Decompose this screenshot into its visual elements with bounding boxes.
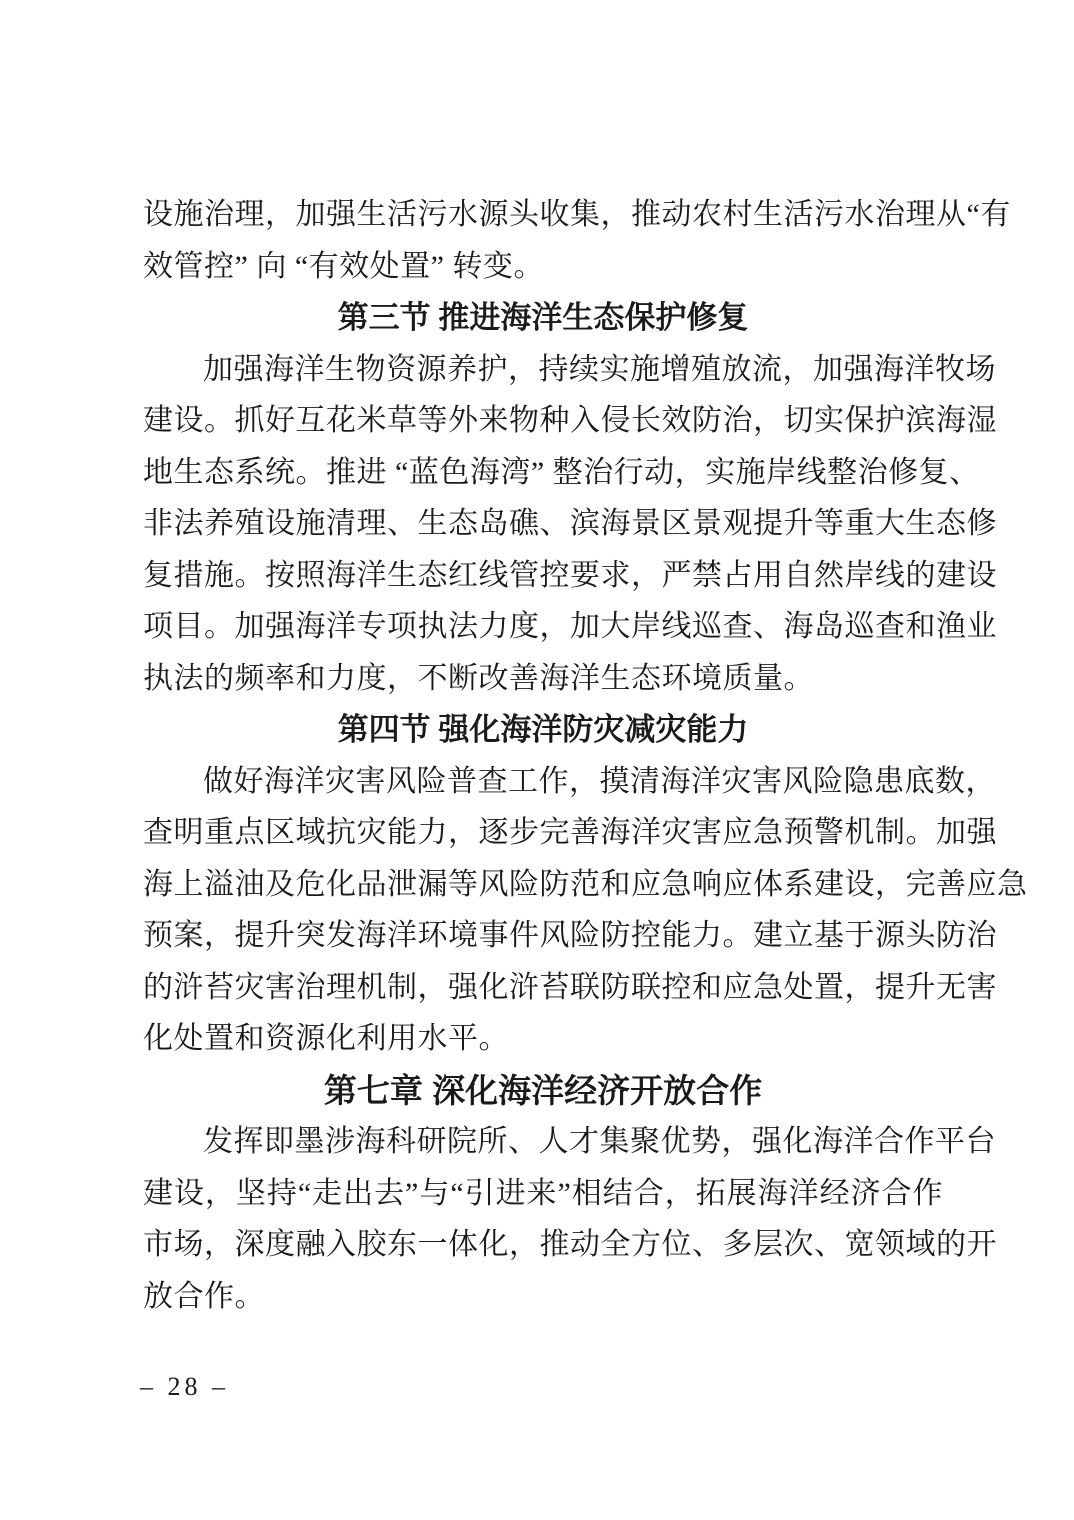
paragraph-line: 非法养殖设施清理、生态岛礁、滨海景区景观提升等重大生态修 <box>143 498 943 550</box>
section-heading: 第四节 强化海洋防灾减灾能力 <box>143 704 943 756</box>
paragraph-line: 效管控” 向 “有效处置” 转变。 <box>143 241 943 293</box>
paragraph-line: 项目。加强海洋专项执法力度，加大岸线巡查、海岛巡查和渔业 <box>143 601 943 653</box>
paragraph-line: 预案，提升突发海洋环境事件风险防控能力。建立基于源头防治 <box>143 910 943 962</box>
chapter-heading: 第七章 深化海洋经济开放合作 <box>143 1065 943 1117</box>
paragraph-line: 执法的频率和力度，不断改善海洋生态环境质量。 <box>143 653 943 705</box>
section-heading: 第三节 推进海洋生态保护修复 <box>143 292 943 344</box>
paragraph-line: 海上溢油及危化品泄漏等风险防范和应急响应体系建设，完善应急 <box>143 859 943 911</box>
paragraph-line: 做好海洋灾害风险普查工作，摸清海洋灾害风险隐患底数， <box>143 756 943 808</box>
paragraph-line: 化处置和资源化利用水平。 <box>143 1013 943 1065</box>
paragraph-line: 的浒苔灾害治理机制，强化浒苔联防联控和应急处置，提升无害 <box>143 962 943 1014</box>
paragraph-line: 查明重点区域抗灾能力，逐步完善海洋灾害应急预警机制。加强 <box>143 807 943 859</box>
paragraph-line: 建设，坚持“走出去”与“引进来”相结合，拓展海洋经济合作 <box>143 1168 943 1220</box>
paragraph-line: 设施治理，加强生活污水源头收集，推动农村生活污水治理从“有 <box>143 189 943 241</box>
paragraph-line: 建设。抓好互花米草等外来物种入侵长效防治，切实保护滨海湿 <box>143 395 943 447</box>
page-number: – 28 – <box>140 1372 229 1402</box>
paragraph-line: 放合作。 <box>143 1271 943 1323</box>
document-body: 设施治理，加强生活污水源头收集，推动农村生活污水治理从“有效管控” 向 “有效处… <box>143 189 943 1322</box>
paragraph-line: 加强海洋生物资源养护，持续实施增殖放流，加强海洋牧场 <box>143 344 943 396</box>
document-page: 设施治理，加强生活污水源头收集，推动农村生活污水治理从“有效管控” 向 “有效处… <box>0 0 1074 1520</box>
paragraph-line: 市场，深度融入胶东一体化，推动全方位、多层次、宽领域的开 <box>143 1219 943 1271</box>
paragraph-line: 地生态系统。推进 “蓝色海湾” 整治行动，实施岸线整治修复、 <box>143 447 943 499</box>
paragraph-line: 发挥即墨涉海科研院所、人才集聚优势，强化海洋合作平台 <box>143 1116 943 1168</box>
paragraph-line: 复措施。按照海洋生态红线管控要求，严禁占用自然岸线的建设 <box>143 550 943 602</box>
